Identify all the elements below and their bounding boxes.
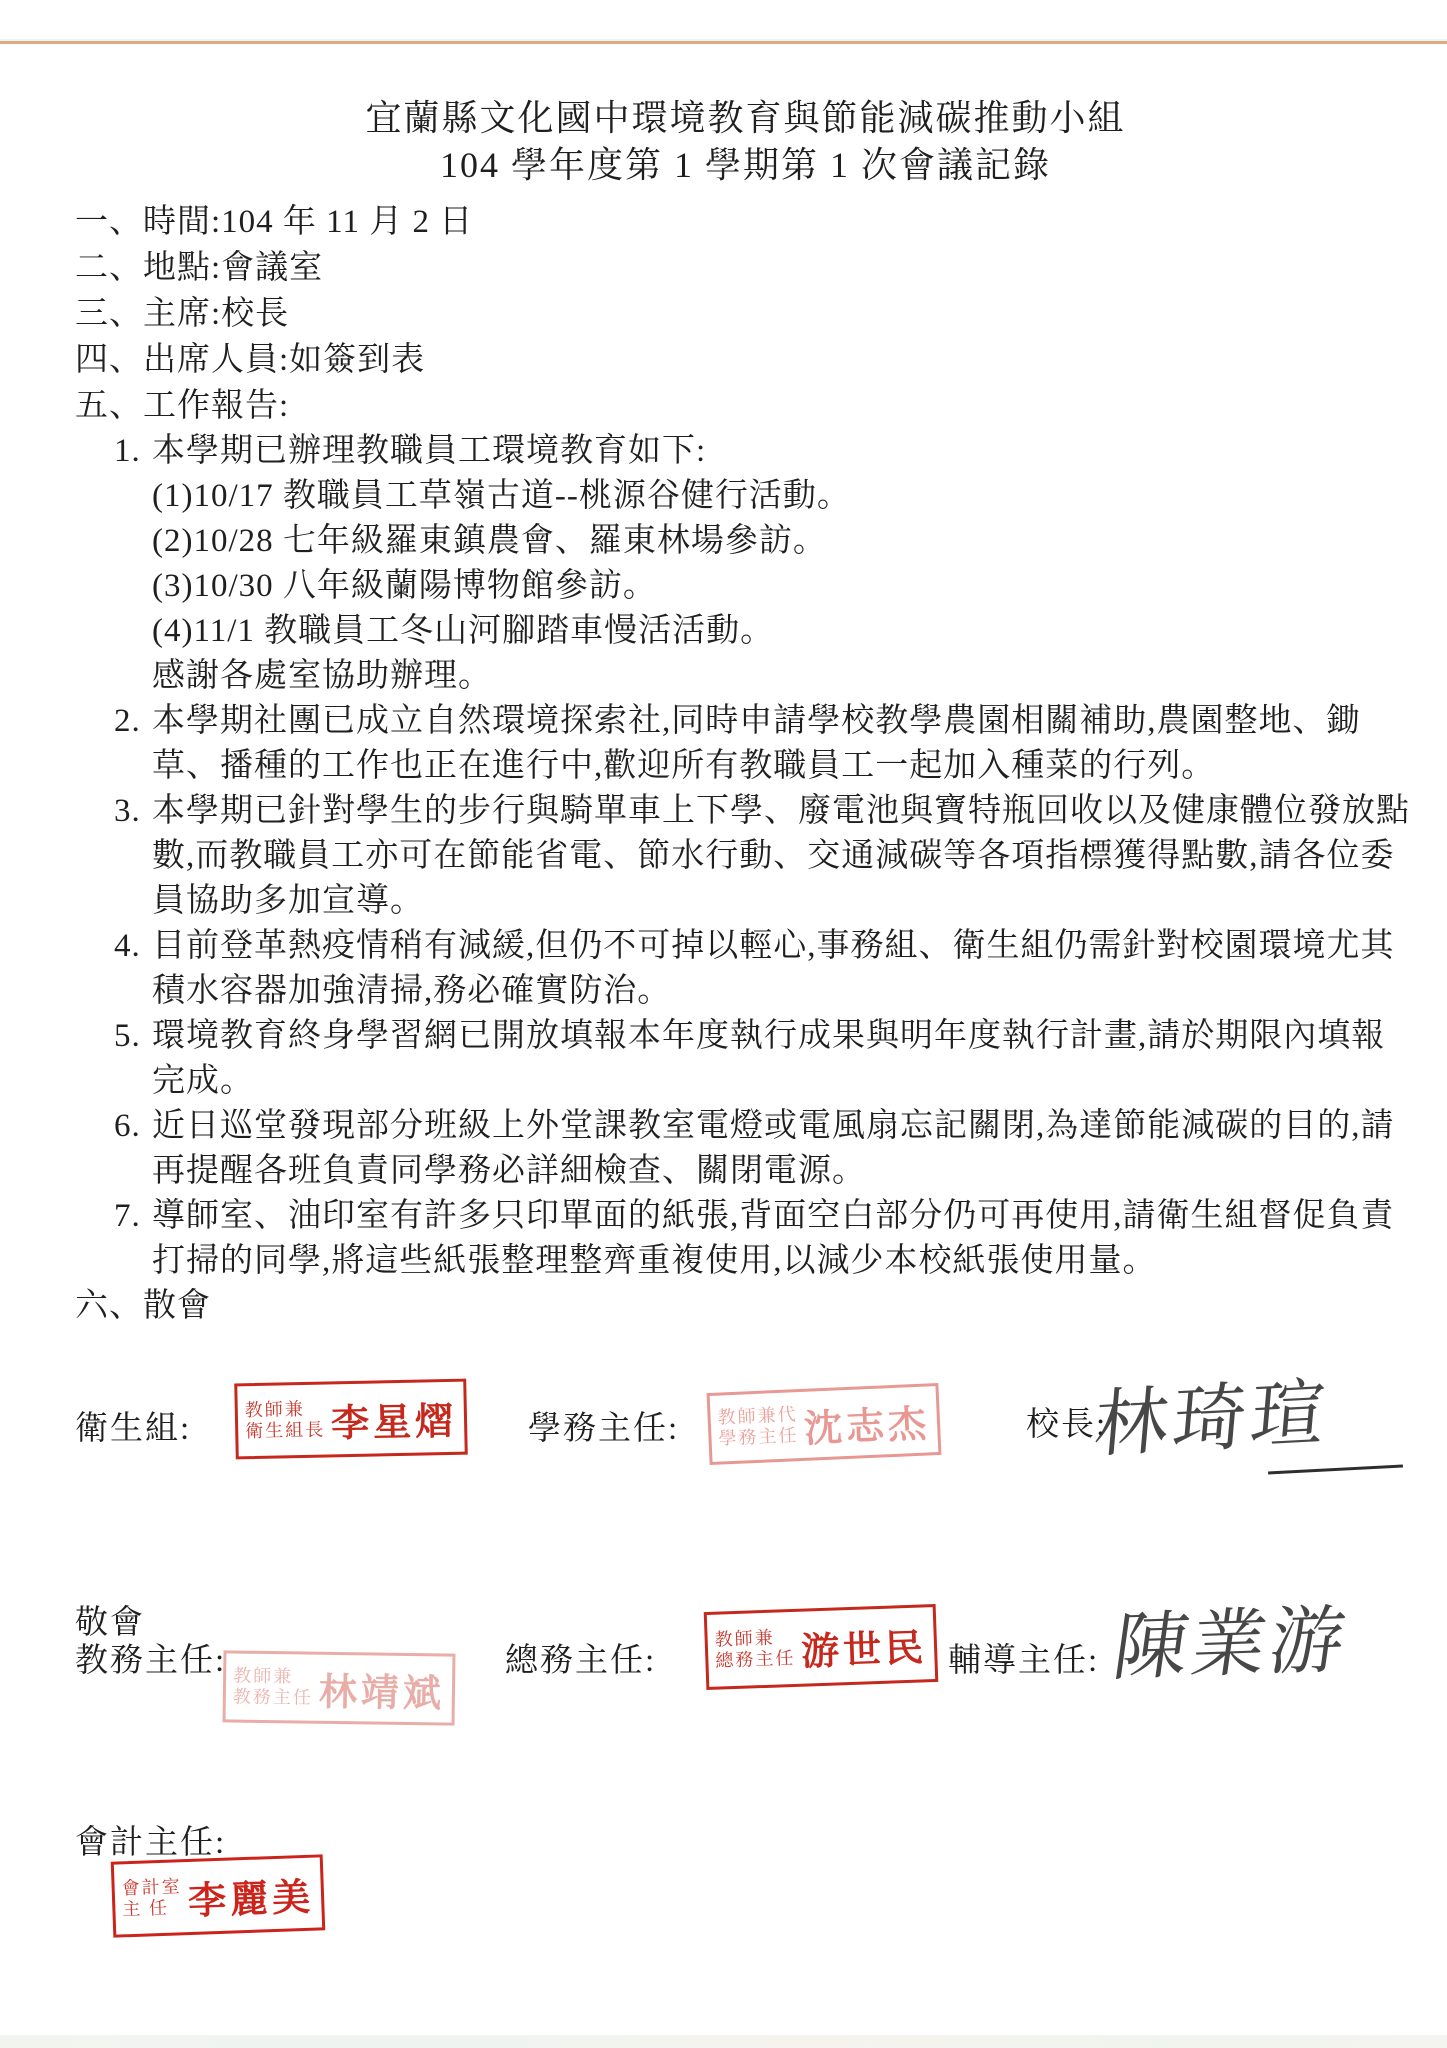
label-dean-of-academics: 教務主任: [75, 1634, 226, 1681]
report-item-1: 1. 本學期已辦理教職員工環境教育如下: [114, 429, 1416, 474]
report-item-text: 目前登革熱疫情稍有減緩,但仍不可掉以輕心,事務組、衛生組仍需針對校園環境尤其積水… [152, 924, 1415, 1014]
stamp-title-text: 教師兼 總務主任 [714, 1627, 795, 1672]
report-item-text: 本學期已辦理教職員工環境教育如下: [152, 429, 1415, 474]
stamp-name-text: 沈志杰 [803, 1392, 931, 1452]
report-item-number: 5. [114, 1014, 152, 1104]
stamp-title-line2: 主 任 [122, 1897, 183, 1920]
subitem-activity-3: (3)10/30 八年級蘭陽博物館參訪。 [152, 564, 1416, 609]
stamp-title-line2: 衛生組長 [245, 1420, 325, 1443]
report-item-1-subitems: (1)10/17 教職員工草嶺古道--桃源谷健行活動。 (2)10/28 七年級… [152, 474, 1416, 699]
report-item-number: 2. [114, 699, 152, 789]
report-item-4: 4. 目前登革熱疫情稍有減緩,但仍不可掉以輕心,事務組、衛生組仍需針對校園環境尤… [114, 924, 1416, 1014]
label-sanitation-section: 衛生組: [75, 1402, 191, 1449]
stamp-title-line2: 學務主任 [718, 1425, 799, 1449]
stamp-title-text: 教師兼代 學務主任 [717, 1404, 799, 1449]
meta-location: 二、地點:會議室 [75, 245, 1416, 291]
stamp-title-line1: 教師兼 [714, 1627, 795, 1651]
subitem-activity-1: (1)10/17 教職員工草嶺古道--桃源谷健行活動。 [152, 474, 1416, 519]
stamp-name-text: 李星熠 [330, 1389, 457, 1447]
stamp-title-line1: 教師兼 [245, 1399, 325, 1422]
subitem-thanks-note: 感謝各處室協助辦理。 [152, 654, 1416, 699]
stamp-title-text: 教師兼 衛生組長 [245, 1399, 326, 1443]
scan-artifact-bottom-edge [0, 2035, 1447, 2048]
stamp-you-shi-min: 教師兼 總務主任 游世民 [704, 1604, 939, 1690]
report-item-text: 本學期社團已成立自然環境探索社,同時申請學校教學農園相關補助,農園整地、鋤草、播… [152, 699, 1415, 789]
stamp-title-line1: 教師兼 [233, 1666, 313, 1688]
report-item-number: 3. [114, 789, 152, 924]
meeting-adjourned-line: 六、散會 [75, 1284, 1416, 1329]
report-item-text: 環境教育終身學習網已開放填報本年度執行成果與明年度執行計畫,請於期限內填報完成。 [152, 1014, 1415, 1104]
stamp-title-line1: 會計室 [121, 1876, 182, 1899]
meta-attendees: 四、出席人員:如簽到表 [75, 337, 1416, 383]
stamp-shen-zhi-jie: 教師兼代 學務主任 沈志杰 [707, 1383, 942, 1465]
report-item-number: 1. [114, 429, 152, 474]
subitem-activity-2: (2)10/28 七年級羅東鎮農會、羅東林場參訪。 [152, 519, 1416, 564]
report-item-6: 6. 近日巡堂發現部分班級上外堂課教室電燈或電風扇忘記關閉,為達節能減碳的目的,… [114, 1104, 1416, 1194]
report-item-3: 3. 本學期已針對學生的步行與騎單車上下學、廢電池與寶特瓶回收以及健康體位發放點… [114, 789, 1416, 924]
stamp-li-xing-yi: 教師兼 衛生組長 李星熠 [234, 1379, 468, 1460]
label-counseling-director: 輔導主任: [948, 1634, 1099, 1681]
stamp-name-text: 李麗美 [187, 1865, 315, 1924]
label-accounting-director: 會計主任: [75, 1816, 226, 1863]
document-subtitle: 104 學年度第 1 學期第 1 次會議記錄 [75, 142, 1416, 189]
stamp-name-text: 林靖斌 [319, 1660, 446, 1717]
report-item-5: 5. 環境教育終身學習網已開放填報本年度執行成果與明年度執行計畫,請於期限內填報… [114, 1014, 1416, 1104]
meta-work-report-heading: 五、工作報告: [75, 383, 1416, 429]
report-item-7: 7. 導師室、油印室有許多只印單面的紙張,背面空白部分仍可再使用,請衛生組督促負… [114, 1194, 1416, 1284]
stamp-title-line2: 教務主任 [233, 1687, 313, 1709]
document-body: 宜蘭縣文化國中環境教育與節能減碳推動小組 104 學年度第 1 學期第 1 次會… [75, 95, 1416, 1329]
report-item-number: 6. [114, 1104, 152, 1194]
stamp-name-text: 游世民 [800, 1616, 928, 1675]
report-item-text: 近日巡堂發現部分班級上外堂課教室電燈或電風扇忘記關閉,為達節能減碳的目的,請再提… [152, 1104, 1415, 1194]
label-general-affairs-director: 總務主任: [505, 1634, 656, 1681]
subitem-activity-4: (4)11/1 教職員工冬山河腳踏車慢活活動。 [152, 609, 1416, 654]
principal-handwritten-signature: 林琦瑄 [1090, 1354, 1333, 1473]
principal-signature-underline [1268, 1464, 1403, 1474]
document-title: 宜蘭縣文化國中環境教育與節能減碳推動小組 [75, 95, 1416, 142]
work-report-list: 1. 本學期已辦理教職員工環境教育如下: (1)10/17 教職員工草嶺古道--… [114, 429, 1416, 1284]
report-item-text: 導師室、油印室有許多只印單面的紙張,背面空白部分仍可再使用,請衛生組督促負責打掃… [152, 1194, 1415, 1284]
scanned-document-page: 宜蘭縣文化國中環境教育與節能減碳推動小組 104 學年度第 1 學期第 1 次會… [0, 0, 1447, 2048]
meta-time: 一、時間:104 年 11 月 2 日 [75, 199, 1416, 245]
report-item-number: 7. [114, 1194, 152, 1284]
report-item-2: 2. 本學期社團已成立自然環境探索社,同時申請學校教學農園相關補助,農園整地、鋤… [114, 699, 1416, 789]
report-item-text: 本學期已針對學生的步行與騎單車上下學、廢電池與寶特瓶回收以及健康體位發放點數,而… [152, 789, 1415, 924]
stamp-title-line2: 總務主任 [715, 1648, 796, 1672]
report-item-number: 4. [114, 924, 152, 1014]
stamp-title-text: 教師兼 教務主任 [233, 1666, 314, 1709]
stamp-lin-jing-bin: 教師兼 教務主任 林靖斌 [223, 1650, 456, 1725]
scan-artifact-tan-line [0, 41, 1447, 44]
label-academic-affairs-director: 學務主任: [528, 1402, 679, 1449]
counseling-director-handwritten-signature: 陳業游 [1108, 1581, 1357, 1696]
meta-section: 一、時間:104 年 11 月 2 日 二、地點:會議室 三、主席:校長 四、出… [75, 199, 1416, 429]
stamp-li-li-mei: 會計室 主 任 李麗美 [111, 1854, 326, 1937]
stamp-title-text: 會計室 主 任 [121, 1876, 182, 1920]
meta-chairperson: 三、主席:校長 [75, 291, 1416, 337]
